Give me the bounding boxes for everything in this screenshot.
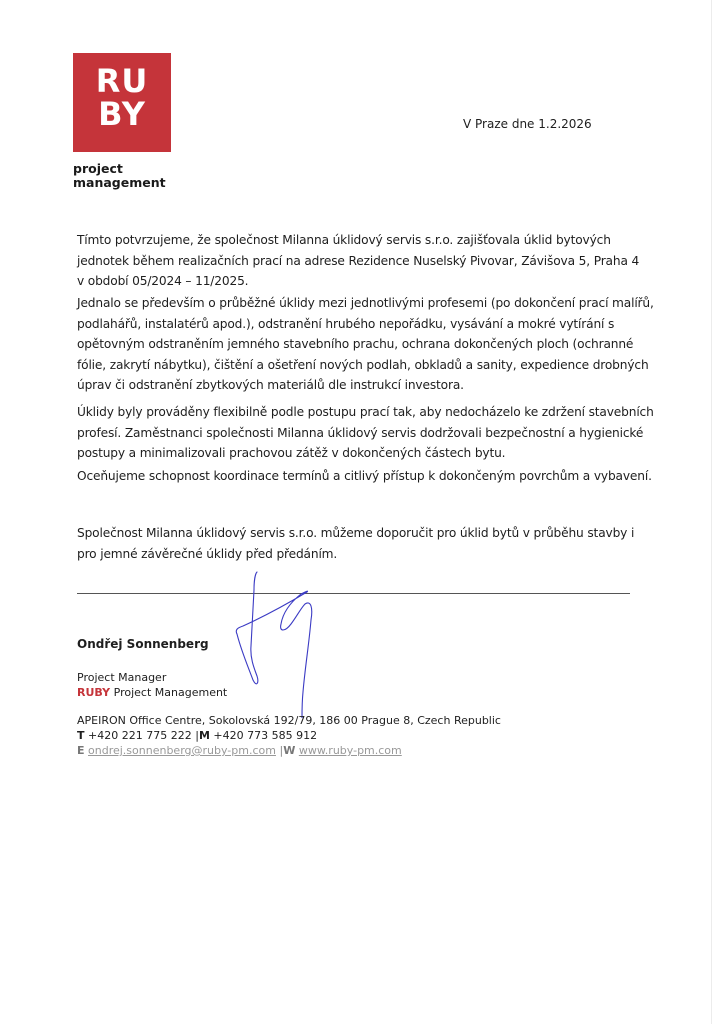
logo-subtitle-line-1: project (73, 162, 166, 176)
contact-footer: APEIRON Office Centre, Sokolovská 192/79… (77, 713, 501, 758)
text-line: Tímto potvrzujeme, že společnost Milanna… (77, 230, 647, 251)
paragraph-3: Úklidy byly prováděny flexibilně podle p… (77, 402, 647, 464)
paragraph-4: Oceňujeme schopnost koordinace termínů a… (77, 466, 647, 487)
text-line: postupy a minimalizovali prachovou zátěž… (77, 443, 647, 464)
logo-subtitle: project management (73, 162, 166, 190)
mobile-label: M (199, 729, 210, 742)
phone-number: +420 221 775 222 (88, 729, 192, 742)
text-line: úprav či odstranění zbytkových materiálů… (77, 375, 647, 396)
signature-rule (77, 593, 630, 594)
email-link[interactable]: ondrej.sonnenberg@ruby-pm.com (88, 744, 276, 757)
logo-line-2: BY (73, 98, 171, 131)
paragraph-2: Jednalo se především o průběžné úklidy m… (77, 293, 647, 396)
email-label: E (77, 744, 85, 757)
text-line: pro jemné závěrečné úklidy před předáním… (77, 544, 647, 565)
scan-edge-line (711, 0, 712, 1024)
footer-online: E ondrej.sonnenberg@ruby-pm.com |W www.r… (77, 743, 501, 758)
signer-title: Project Manager (77, 670, 227, 685)
text-line: jednotek během realizačních prací na adr… (77, 251, 647, 272)
letter-date: V Praze dne 1.2.2026 (463, 117, 592, 131)
logo-wordmark: RU BY (73, 65, 171, 131)
logo-line-1: RU (73, 65, 171, 98)
text-line: fólie, zakrytí nábytku), čištění a ošetř… (77, 355, 647, 376)
website-link[interactable]: www.ruby-pm.com (299, 744, 402, 757)
ruby-logo: RU BY (73, 53, 171, 152)
text-line: Úklidy byly prováděny flexibilně podle p… (77, 402, 647, 423)
text-line: v období 05/2024 – 11/2025. (77, 271, 647, 292)
mobile-number: +420 773 585 912 (213, 729, 317, 742)
phone-label: T (77, 729, 85, 742)
paragraph-5: Společnost Milanna úklidový servis s.r.o… (77, 523, 647, 564)
text-line: podlahářů, instalatérů apod.), odstraněn… (77, 314, 647, 335)
text-line: Jednalo se především o průběžné úklidy m… (77, 293, 647, 314)
text-line: profesí. Zaměstnanci společnosti Milanna… (77, 423, 647, 444)
text-line: Společnost Milanna úklidový servis s.r.o… (77, 523, 647, 544)
signer-details: Project Manager RUBY Project Management (77, 670, 227, 700)
logo-subtitle-line-2: management (73, 176, 166, 190)
company-brand: RUBY (77, 686, 110, 699)
text-line: Oceňujeme schopnost koordinace termínů a… (77, 466, 647, 487)
signer-name: Ondřej Sonnenberg (77, 637, 209, 651)
handwritten-signature (225, 568, 335, 718)
company-name: Project Management (114, 686, 228, 699)
footer-address: APEIRON Office Centre, Sokolovská 192/79… (77, 713, 501, 728)
text-line: opětovným odstraněním jemného stavebního… (77, 334, 647, 355)
signer-company: RUBY Project Management (77, 685, 227, 700)
paragraph-1: Tímto potvrzujeme, že společnost Milanna… (77, 230, 647, 292)
footer-phones: T +420 221 775 222 |M +420 773 585 912 (77, 728, 501, 743)
web-label: W (283, 744, 295, 757)
